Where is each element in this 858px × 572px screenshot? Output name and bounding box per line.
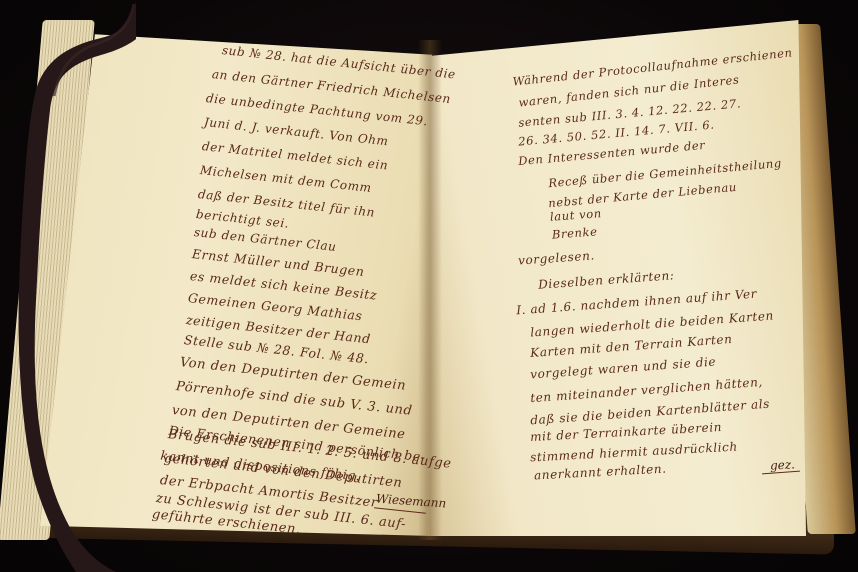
velvet-ribbon — [6, 0, 136, 572]
handwritten-line: Brenke — [552, 226, 598, 241]
